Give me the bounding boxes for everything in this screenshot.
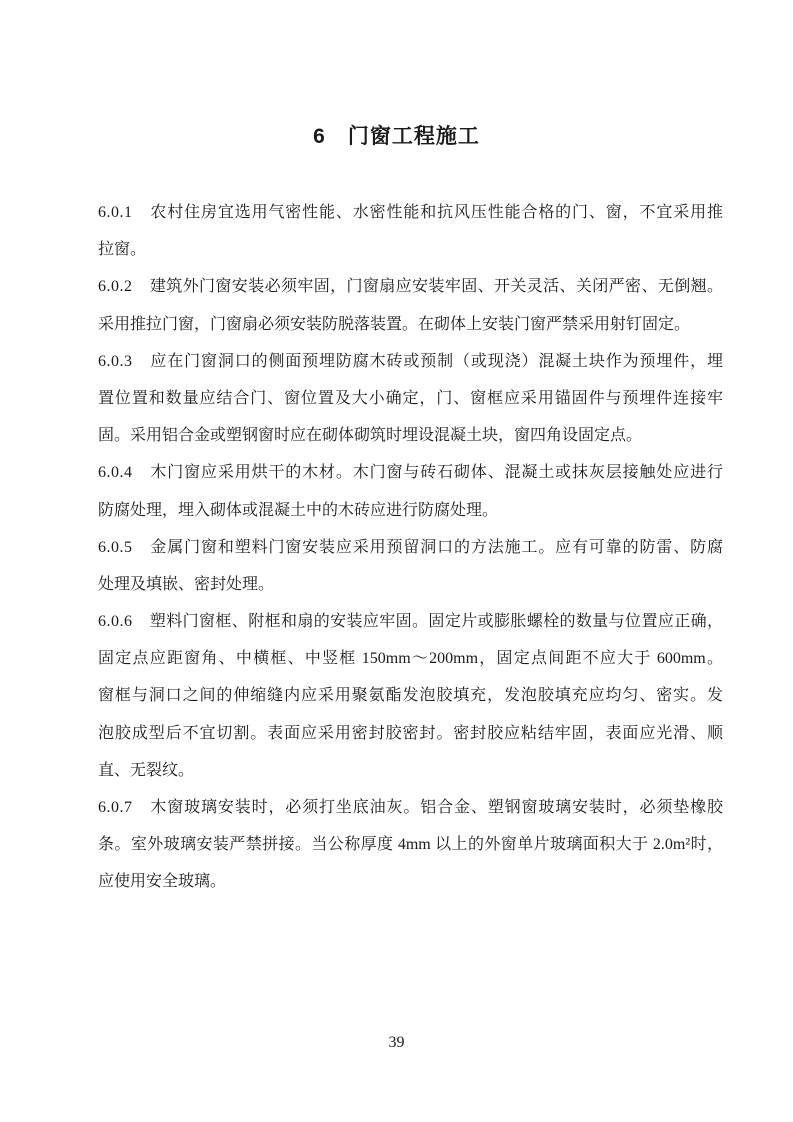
page-number: 39: [0, 1031, 793, 1055]
clause-6.0.5: 6.0.5金属门窗和塑料门窗安装应采用预留洞口的方法施工。应有可靠的防雷、防腐处…: [98, 529, 723, 603]
clause-line: 6.0.7木窗玻璃安装时，必须打坐底油灰。铝合金、塑钢窗玻璃安装时，必须垫橡胶: [98, 789, 723, 826]
clause-6.0.3: 6.0.3应在门窗洞口的侧面预埋防腐木砖或预制（或现浇）混凝土块作为预埋件，埋置…: [98, 343, 723, 455]
clause-text: 塑料门窗框、附框和扇的安装应牢固。固定片或膨胀螺栓的数量与位置应正确，: [150, 613, 724, 630]
clause-text: 木窗玻璃安装时，必须打坐底油灰。铝合金、塑钢窗玻璃安装时，必须垫橡胶: [150, 799, 724, 816]
clause-line: 直、无裂纹。: [98, 752, 723, 789]
clause-number: 6.0.6: [98, 613, 133, 630]
clause-text: 建筑外门窗安装必须牢固，门窗扇应安装牢固、开关灵活、关闭严密、无倒翘。: [150, 278, 724, 295]
clause-text: 金属门窗和塑料门窗安装应采用预留洞口的方法施工。应有可靠的防雷、防腐: [150, 539, 724, 556]
clause-line: 6.0.2建筑外门窗安装必须牢固，门窗扇应安装牢固、开关灵活、关闭严密、无倒翘。: [98, 268, 723, 305]
clause-6.0.1: 6.0.1农村住房宜选用气密性能、水密性能和抗风压性能合格的门、窗，不宜采用推拉…: [98, 194, 723, 268]
clause-number: 6.0.4: [98, 464, 133, 481]
clause-line: 6.0.1农村住房宜选用气密性能、水密性能和抗风压性能合格的门、窗，不宜采用推: [98, 194, 723, 231]
clause-number: 6.0.2: [98, 278, 133, 295]
clause-line: 泡胶成型后不宜切割。表面应采用密封胶密封。密封胶应粘结牢固，表面应光滑、顺: [98, 715, 723, 752]
clause-line: 应使用安全玻璃。: [98, 863, 723, 900]
clause-text: 农村住房宜选用气密性能、水密性能和抗风压性能合格的门、窗，不宜采用推: [150, 204, 724, 221]
clause-line: 6.0.5金属门窗和塑料门窗安装应采用预留洞口的方法施工。应有可靠的防雷、防腐: [98, 529, 723, 566]
clause-text: 木门窗应采用烘干的木材。木门窗与砖石砌体、混凝土或抹灰层接触处应进行: [150, 464, 724, 481]
clause-text: 应在门窗洞口的侧面预埋防腐木砖或预制（或现浇）混凝土块作为预埋件，埋: [150, 353, 724, 370]
clause-line: 置位置和数量应结合门、窗位置及大小确定，门、窗框应采用锚固件与预埋件连接牢: [98, 380, 723, 417]
clause-6.0.2: 6.0.2建筑外门窗安装必须牢固，门窗扇应安装牢固、开关灵活、关闭严密、无倒翘。…: [98, 268, 723, 342]
clause-line: 处理及填嵌、密封处理。: [98, 566, 723, 603]
document-body: 6.0.1农村住房宜选用气密性能、水密性能和抗风压性能合格的门、窗，不宜采用推拉…: [98, 194, 723, 901]
clause-number: 6.0.5: [98, 539, 133, 556]
clause-6.0.7: 6.0.7木窗玻璃安装时，必须打坐底油灰。铝合金、塑钢窗玻璃安装时，必须垫橡胶条…: [98, 789, 723, 901]
clause-number: 6.0.1: [98, 204, 133, 221]
clause-number: 6.0.7: [98, 799, 133, 816]
clause-line: 采用推拉门窗，门窗扇必须安装防脱落装置。在砌体上安装门窗严禁采用射钉固定。: [98, 306, 723, 343]
clause-number: 6.0.3: [98, 353, 133, 370]
clause-line: 固定点应距窗角、中横框、中竖框 150mm～200mm，固定点间距不应大于 60…: [98, 640, 723, 677]
clause-6.0.6: 6.0.6塑料门窗框、附框和扇的安装应牢固。固定片或膨胀螺栓的数量与位置应正确，…: [98, 603, 723, 789]
clause-line: 条。室外玻璃安装严禁拼接。当公称厚度 4mm 以上的外窗单片玻璃面积大于 2.0…: [98, 826, 723, 863]
clause-line: 固。采用铝合金或塑钢窗时应在砌体砌筑时埋设混凝土块，窗四角设固定点。: [98, 417, 723, 454]
clause-line: 防腐处理，埋入砌体或混凝土中的木砖应进行防腐处理。: [98, 492, 723, 529]
clause-line: 6.0.4木门窗应采用烘干的木材。木门窗与砖石砌体、混凝土或抹灰层接触处应进行: [98, 454, 723, 491]
clause-line: 窗框与洞口之间的伸缩缝内应采用聚氨酯发泡胶填充，发泡胶填充应均匀、密实。发: [98, 677, 723, 714]
clause-6.0.4: 6.0.4木门窗应采用烘干的木材。木门窗与砖石砌体、混凝土或抹灰层接触处应进行防…: [98, 454, 723, 528]
document-page: 6 门窗工程施工 6.0.1农村住房宜选用气密性能、水密性能和抗风压性能合格的门…: [0, 0, 793, 1122]
clause-line: 拉窗。: [98, 231, 723, 268]
clause-line: 6.0.6塑料门窗框、附框和扇的安装应牢固。固定片或膨胀螺栓的数量与位置应正确，: [98, 603, 723, 640]
chapter-title: 6 门窗工程施工: [0, 122, 793, 152]
clause-line: 6.0.3应在门窗洞口的侧面预埋防腐木砖或预制（或现浇）混凝土块作为预埋件，埋: [98, 343, 723, 380]
